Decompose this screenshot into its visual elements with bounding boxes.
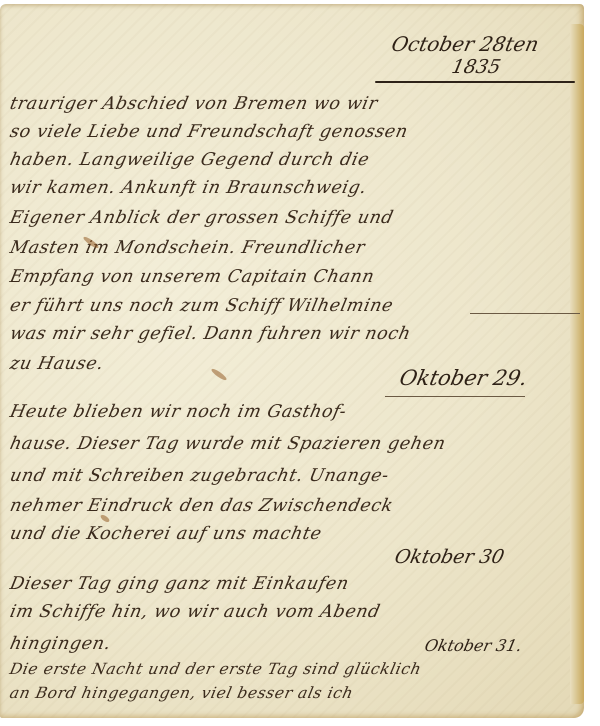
page-edge xyxy=(570,24,584,704)
entry-1-line-2: so viele Liebe und Freundschaft genossen xyxy=(8,122,410,142)
entry-3-line-1: Dieser Tag ging ganz mit Einkaufen xyxy=(8,574,351,594)
entry-1-line-9: was mir sehr gefiel. Dann fuhren wir noc… xyxy=(8,324,413,344)
header-date: October 28ten xyxy=(389,32,541,56)
entry-2-line-4: nehmer Eindruck den das Zwischendeck xyxy=(8,496,395,516)
entry-2-date: Oktober 29. xyxy=(397,366,529,390)
entry-1-line-10: zu Hause. xyxy=(8,354,106,374)
entry-4-line-2: an Bord hingegangen, viel besser als ich xyxy=(8,684,355,702)
entry-4-date: Oktober 31. xyxy=(423,636,524,655)
strikethrough-line xyxy=(470,313,580,314)
header-year: 1835 xyxy=(450,56,503,78)
entry-1-line-5: Eigener Anblick der grossen Schiffe und xyxy=(8,208,395,228)
entry-1-line-4: wir kamen. Ankunft in Braunschweig. xyxy=(8,178,369,198)
header-underline xyxy=(375,81,575,83)
entry-1-line-8: er führt uns noch zum Schiff Wilhelmine xyxy=(8,296,395,316)
entry-4-line-1: Die erste Nacht und der erste Tag sind g… xyxy=(8,660,423,678)
entry-3-date: Oktober 30 xyxy=(393,546,507,568)
entry-1-line-6: Masten im Mondschein. Freundlicher xyxy=(8,238,367,258)
entry-3-line-2: im Schiffe hin, wo wir auch vom Abend xyxy=(8,602,382,622)
entry-1-line-3: haben. Langweilige Gegend durch die xyxy=(8,150,371,170)
entry-2-line-2: hause. Dieser Tag wurde mit Spazieren ge… xyxy=(8,434,448,454)
entry-2-line-1: Heute blieben wir noch im Gasthof- xyxy=(8,402,348,422)
entry-1-line-7: Empfang von unserem Capitain Chann xyxy=(8,267,376,287)
manuscript-page: October 28ten 1835 trauriger Abschied vo… xyxy=(0,4,584,718)
entry-2-date-underline xyxy=(385,396,525,397)
ink-stain xyxy=(210,367,228,381)
entry-1-line-1: trauriger Abschied von Bremen wo wir xyxy=(8,94,380,114)
entry-2-line-3: und mit Schreiben zugebracht. Unange- xyxy=(8,466,391,486)
entry-2-line-5: und die Kocherei auf uns machte xyxy=(8,524,324,544)
entry-3-line-3: hingingen. xyxy=(8,634,113,654)
